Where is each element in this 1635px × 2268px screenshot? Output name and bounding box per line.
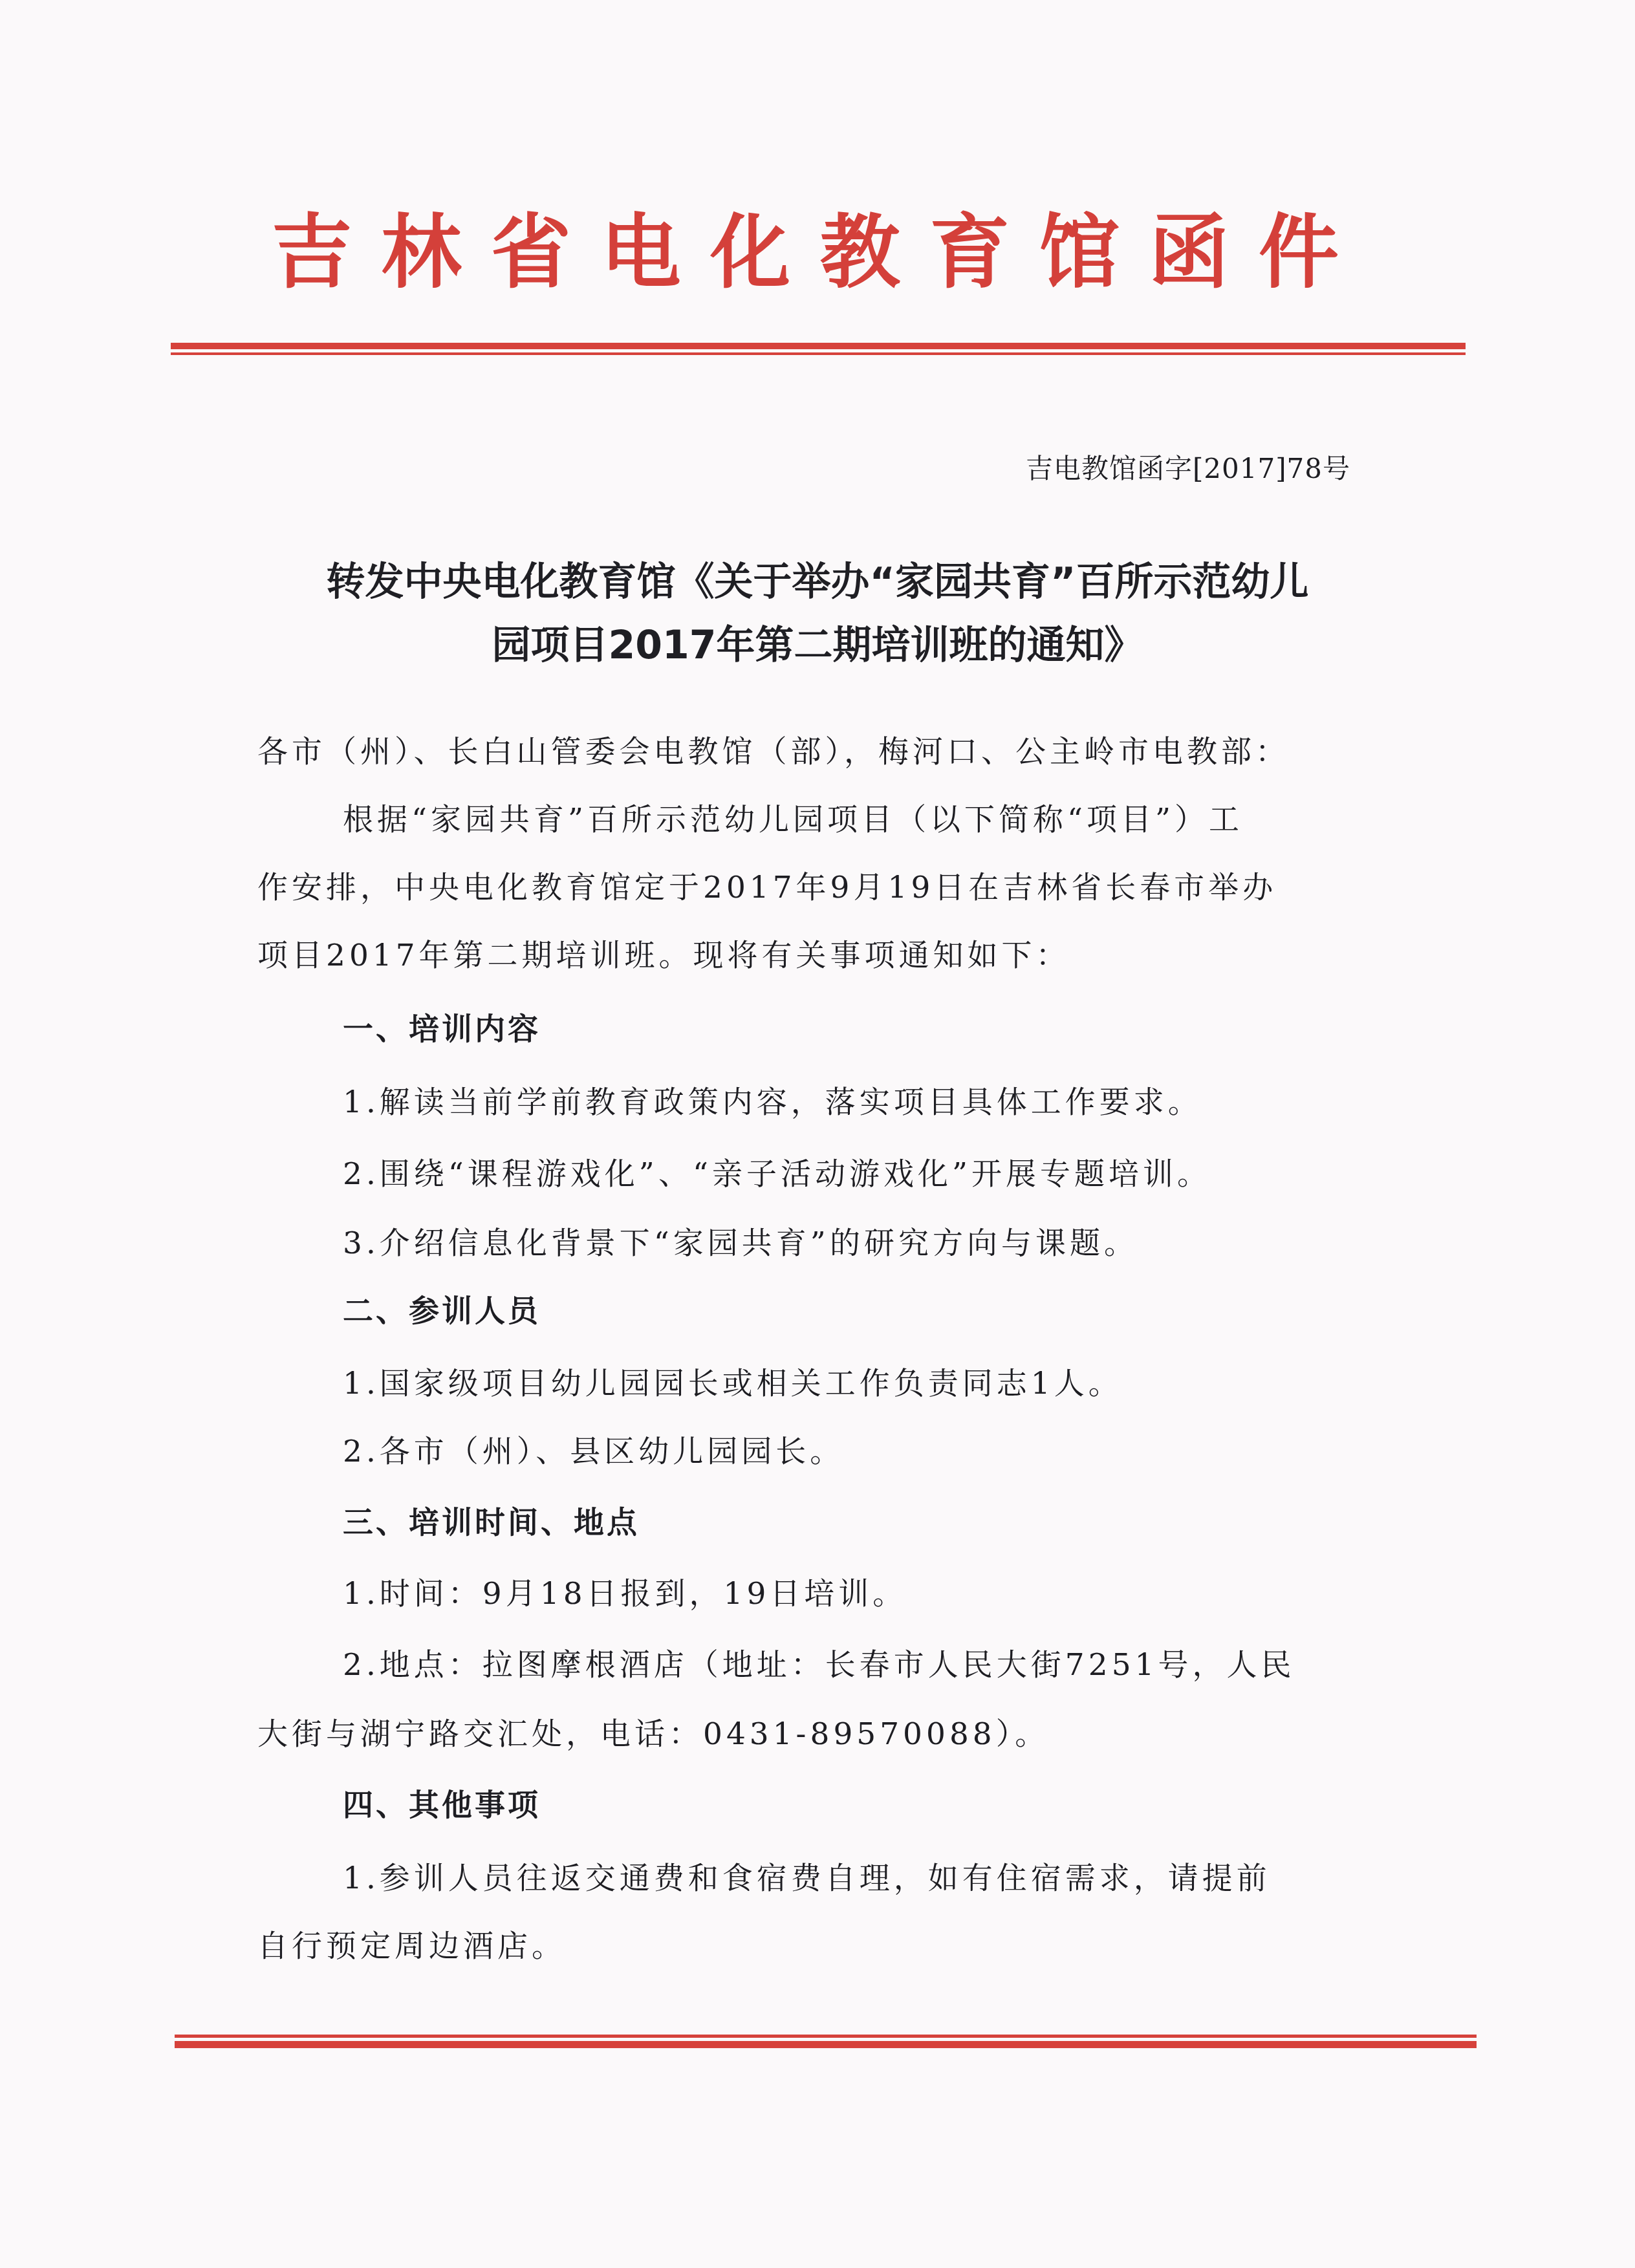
notice-title-line-1: 转发中央电化教育馆《关于举办“家园共育”百所示范幼儿 bbox=[0, 551, 1635, 607]
list-item: 2.地点：拉图摩根酒店（地址：长春市人民大街7251号，人民 bbox=[343, 1646, 1295, 1685]
list-item: 1.参训人员往返交通费和食宿费自理，如有住宿需求，请提前 bbox=[343, 1859, 1271, 1898]
masthead-char: 育 bbox=[929, 188, 1010, 303]
salutation: 各市（州）、长白山管委会电教馆（部），梅河口、公主岭市电教部： bbox=[257, 733, 1290, 772]
section-heading-time-location: 三、培训时间、地点 bbox=[343, 1504, 640, 1542]
masthead-char: 吉 bbox=[272, 188, 352, 303]
masthead-char: 林 bbox=[382, 188, 462, 303]
section-heading-training-content: 一、培训内容 bbox=[343, 1010, 541, 1049]
list-item-continuation: 自行预定周边酒店。 bbox=[257, 1927, 566, 1966]
intro-line-2: 作安排，中央电化教育馆定于2017年9月19日在吉林省长春市举办 bbox=[257, 869, 1277, 907]
top-rule-thin bbox=[171, 352, 1466, 355]
masthead-char: 件 bbox=[1259, 188, 1339, 303]
masthead-char: 函 bbox=[1149, 188, 1229, 303]
intro-line-1: 根据“家园共育”百所示范幼儿园项目（以下简称“项目”）工 bbox=[343, 801, 1243, 839]
list-item: 2.围绕“课程游戏化”、“亲子活动游戏化”开展专题培训。 bbox=[343, 1155, 1211, 1194]
masthead-title: 吉 林 省 电 化 教 育 馆 函 件 bbox=[272, 194, 1339, 297]
masthead-char: 教 bbox=[820, 188, 900, 303]
masthead-char: 馆 bbox=[1039, 188, 1120, 303]
list-item: 2.各市（州）、县区幼儿园园长。 bbox=[343, 1432, 844, 1471]
list-item: 1.时间：9月18日报到，19日培训。 bbox=[343, 1575, 907, 1614]
section-heading-other-matters: 四、其他事项 bbox=[343, 1786, 541, 1825]
masthead-char: 化 bbox=[710, 188, 790, 303]
list-item: 1.国家级项目幼儿园园长或相关工作负责同志1人。 bbox=[343, 1365, 1123, 1403]
masthead-char: 电 bbox=[601, 188, 681, 303]
top-rule-thick bbox=[171, 343, 1466, 349]
list-item: 1.解读当前学前教育政策内容，落实项目具体工作要求。 bbox=[343, 1083, 1202, 1122]
bottom-rule-thick bbox=[175, 2041, 1477, 2048]
list-item-continuation: 大街与湖宁路交汇处，电话：0431-89570088）。 bbox=[257, 1715, 1049, 1754]
notice-title-line-2: 园项目2017年第二期培训班的通知》 bbox=[0, 614, 1635, 670]
document-number: 吉电教馆函字[2017]78号 bbox=[1026, 448, 1350, 486]
bottom-rule-thin bbox=[175, 2035, 1477, 2038]
list-item: 3.介绍信息化背景下“家园共育”的研究方向与课题。 bbox=[343, 1224, 1138, 1263]
masthead-char: 省 bbox=[491, 188, 571, 303]
intro-line-3: 项目2017年第二期培训班。现将有关事项通知如下： bbox=[257, 936, 1070, 975]
section-heading-participants: 二、参训人员 bbox=[343, 1292, 541, 1331]
